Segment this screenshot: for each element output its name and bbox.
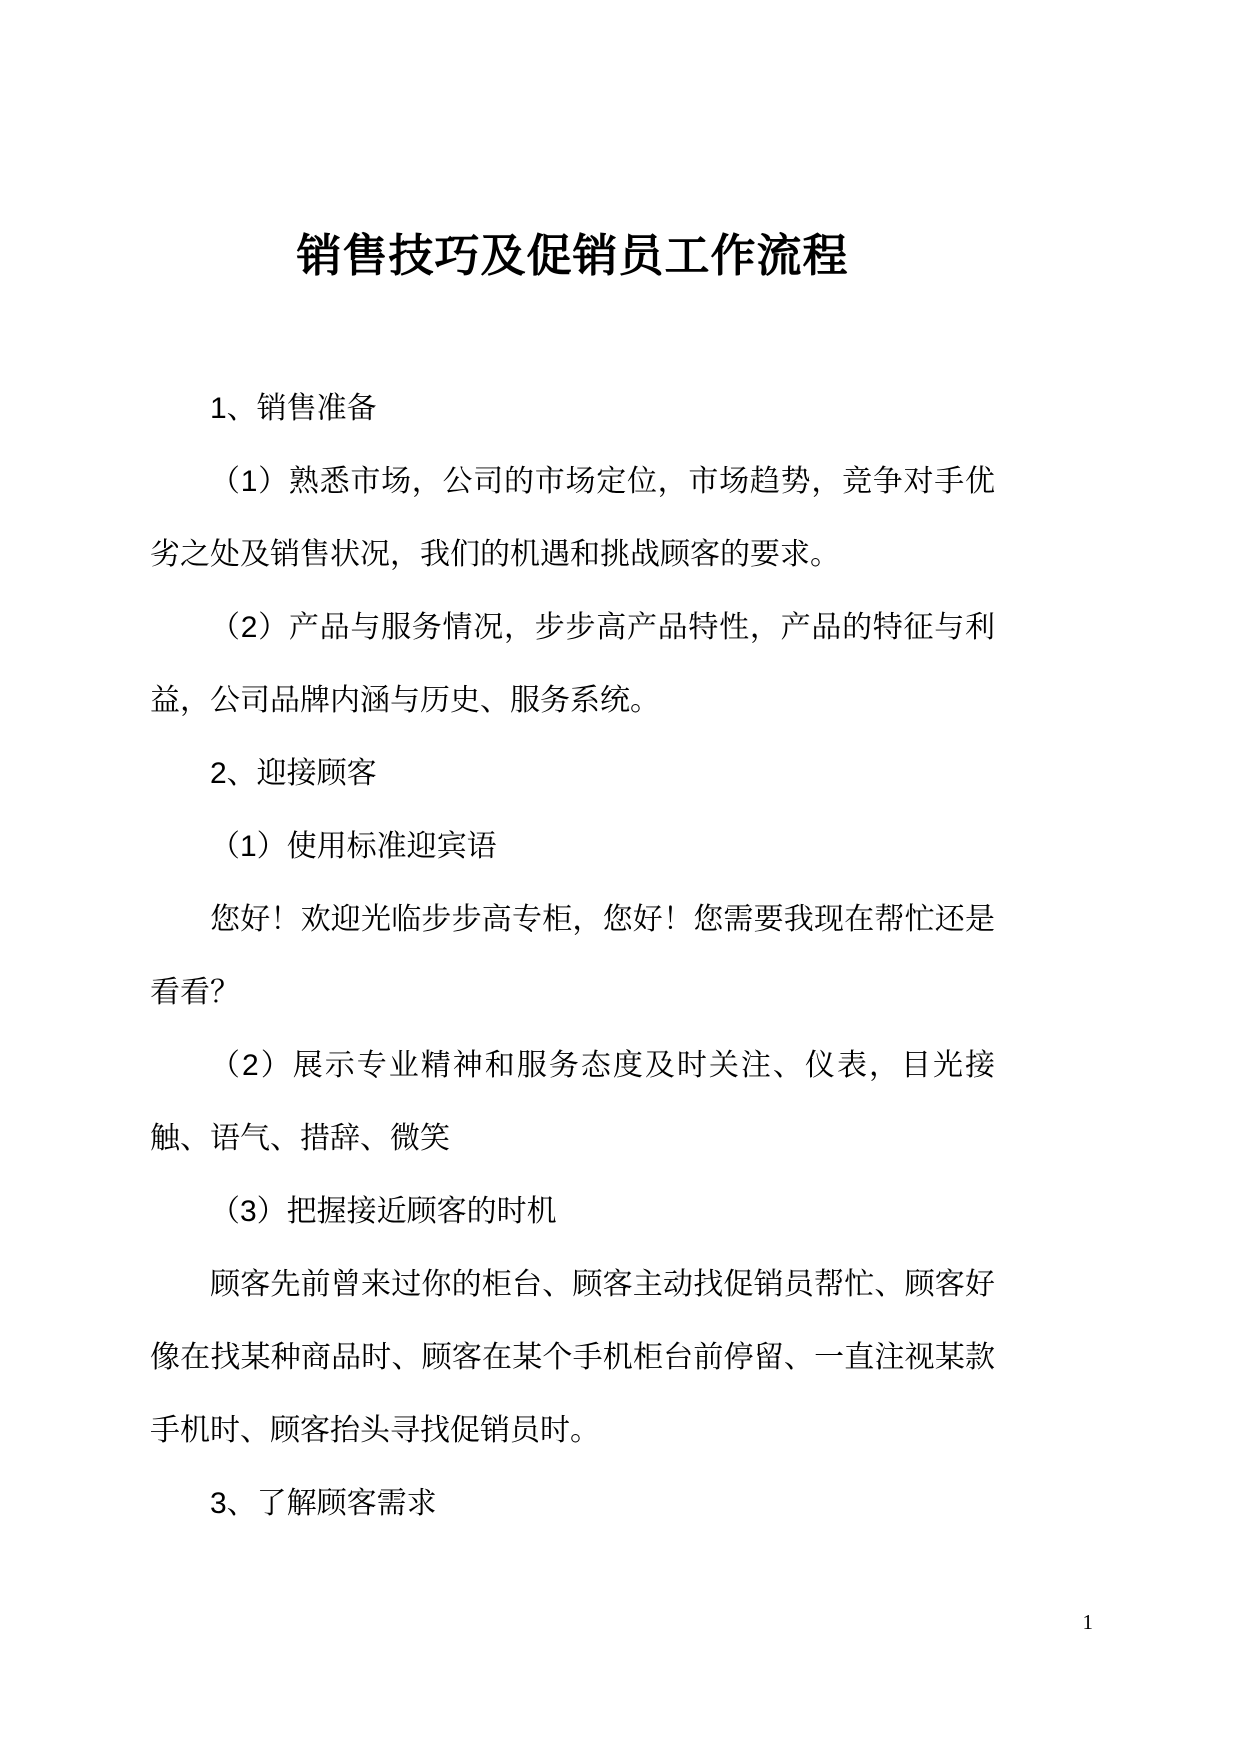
paragraph-section-3: 3、了解顾客需求 [150, 1467, 995, 1540]
paragraph: （2）产品与服务情况，步步高产品特性，产品的特征与利益，公司品牌内涵与历史、服务… [150, 591, 995, 737]
document-content: 销售技巧及促销员工作流程 1、销售准备 （1）熟悉市场，公司的市场定位，市场趋势… [150, 0, 995, 1540]
document-page: 销售技巧及促销员工作流程 1、销售准备 （1）熟悉市场，公司的市场定位，市场趋势… [0, 0, 1241, 1755]
paragraph: 您好！欢迎光临步步高专柜，您好！您需要我现在帮忙还是看看？ [150, 883, 995, 1029]
paragraph: （3）把握接近顾客的时机 [150, 1175, 995, 1248]
paragraph-section-2: 2、迎接顾客 [150, 737, 995, 810]
page-number: 1 [1083, 1612, 1094, 1633]
paragraph: （1）熟悉市场，公司的市场定位，市场趋势，竞争对手优劣之处及销售状况，我们的机遇… [150, 445, 995, 591]
paragraph: （2）展示专业精神和服务态度及时关注、仪表，目光接触、语气、措辞、微笑 [150, 1029, 995, 1175]
paragraph: 顾客先前曾来过你的柜台、顾客主动找促销员帮忙、顾客好像在找某种商品时、顾客在某个… [150, 1248, 995, 1467]
document-title: 销售技巧及促销员工作流程 [150, 226, 995, 286]
paragraph-section-1: 1、销售准备 [150, 372, 995, 445]
document-body: 1、销售准备 （1）熟悉市场，公司的市场定位，市场趋势，竞争对手优劣之处及销售状… [150, 372, 995, 1540]
paragraph: （1）使用标准迎宾语 [150, 810, 995, 883]
